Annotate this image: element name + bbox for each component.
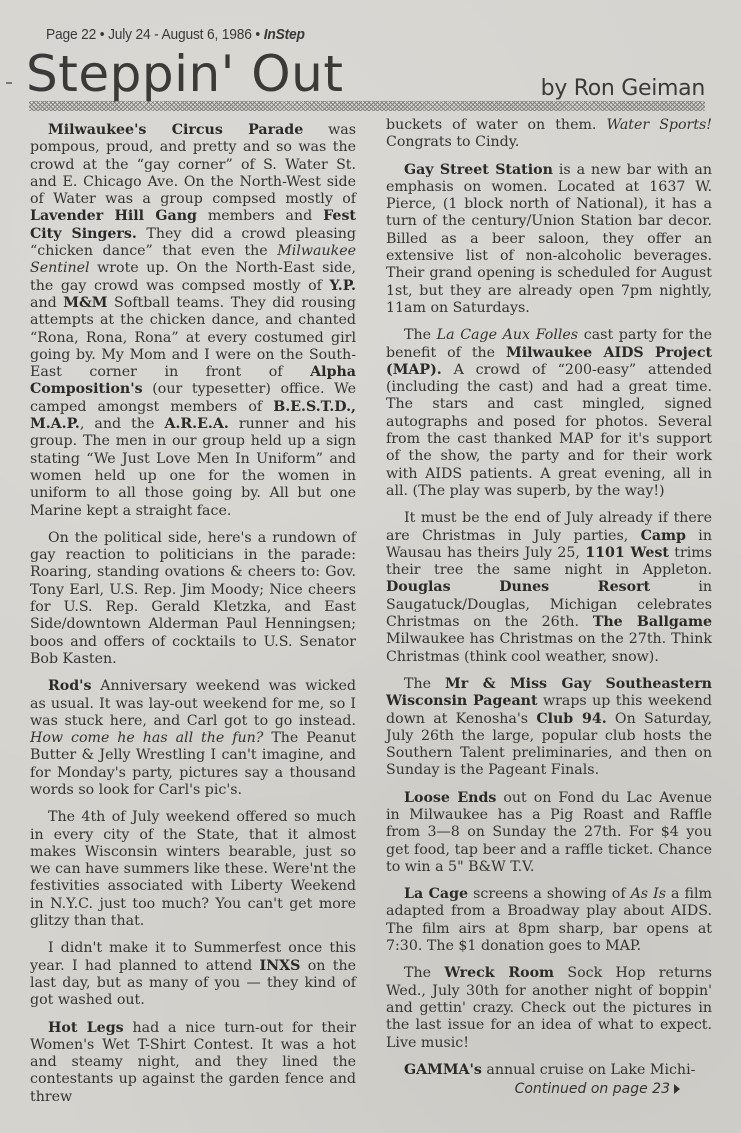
article-paragraph: La Cage screens a showing of As Is a fil… [386,886,712,955]
body-text: The [404,965,444,981]
bold-name: Loose Ends [404,790,496,806]
body-text: screens a showing of [468,886,631,902]
body-text: members and [197,208,323,224]
article-paragraph: On the political side, here's a rundown … [30,530,356,668]
bold-name: GAMMA's [404,1062,482,1078]
italic-text: As Is [631,886,666,902]
bold-name: Wreck Room [444,965,554,981]
bold-name: Milwaukee's Circus Parade [48,122,303,138]
bold-name: Gay Street Station [404,162,553,178]
article-paragraph: The Wreck Room Sock Hop returns Wed., Ju… [386,965,712,1051]
article-paragraph: Loose Ends out on Fond du Lac Avenue in … [386,790,712,876]
halftone-divider [29,101,705,111]
publication-name: InStep [264,26,305,43]
bold-name: Club 94. [536,711,606,727]
bold-name: Lavender Hill Gang [30,208,197,224]
body-text: and [30,295,63,311]
right-column: buckets of water on them. Water Sports! … [386,117,712,1098]
article-paragraph: buckets of water on them. Water Sports! … [386,117,712,152]
bullet-separator: • [255,26,260,43]
bold-name: The Ballgame [593,614,712,630]
bold-name: 1101 West [585,545,669,561]
article-paragraph: It must be the end of July already if th… [386,510,712,666]
body-text: annual cruise on Lake Michi- [482,1062,696,1078]
article-paragraph: The La Cage Aux Folles cast party for th… [386,327,712,500]
arrow-right-icon [674,1084,680,1094]
body-text: On the political side, here's a rundown … [30,530,356,667]
page-number: Page 22 [46,26,96,43]
bullet-separator: • [100,26,105,43]
bold-name: Hot Legs [48,1020,124,1036]
article-paragraph: Rod's Anniversary weekend was wicked as … [30,678,356,799]
body-text: , and the [80,416,165,432]
body-text: buckets of water on them. [386,117,606,133]
article-paragraph: Milwaukee's Circus Parade was pompous, p… [30,122,356,520]
article-paragraph: Hot Legs had a nice turn-out for their W… [30,1020,356,1106]
body-text: The [404,327,437,343]
article-paragraph: GAMMA's annual cruise on Lake Michi- [386,1062,712,1079]
continued-on-link: Continued on page 23 [386,1081,712,1098]
body-text: The [404,676,445,692]
body-text: The 4th of July weekend offered so much … [30,809,356,929]
left-column: Milwaukee's Circus Parade was pompous, p… [30,122,356,1116]
page-title: Steppin' Out [26,44,343,104]
italic-text: How come he has all the fun? [30,730,263,746]
body-text: A crowd of “200-easy” attended (includin… [386,362,712,499]
issue-dates: July 24 - August 6, 1986 [108,26,252,43]
bold-name: A.R.E.A. [164,416,228,432]
bold-name: M&M [63,295,107,311]
article-paragraph: The 4th of July weekend offered so much … [30,809,356,930]
bold-name: Camp [641,528,686,544]
article-paragraph: Gay Street Station is a new bar with an … [386,162,712,318]
italic-text: La Cage Aux Folles [437,327,578,343]
bold-name: INXS [260,958,301,974]
article-paragraph: I didn't make it to Summerfest once this… [30,940,356,1009]
bold-name: Rod's [48,678,92,694]
article-paragraph: The Mr & Miss Gay Southeastern Wisconsin… [386,676,712,780]
bold-name: La Cage [404,886,468,902]
body-text: is a new bar with an emphasis on women. … [386,162,712,316]
body-text: Congrats to Cindy. [386,134,519,150]
italic-text: Water Sports! [606,117,712,133]
bold-name: Douglas Dunes Resort [386,579,650,595]
byline: by Ron Geiman [541,76,705,101]
bold-name: Y.P. [330,278,357,294]
masthead: Page 22 • July 24 - August 6, 1986 • InS… [46,26,305,43]
body-text: Milwaukee has Christmas on the 27th. Thi… [386,631,712,664]
decorative-dash [6,82,12,84]
continued-label: Continued on page 23 [515,1081,670,1097]
